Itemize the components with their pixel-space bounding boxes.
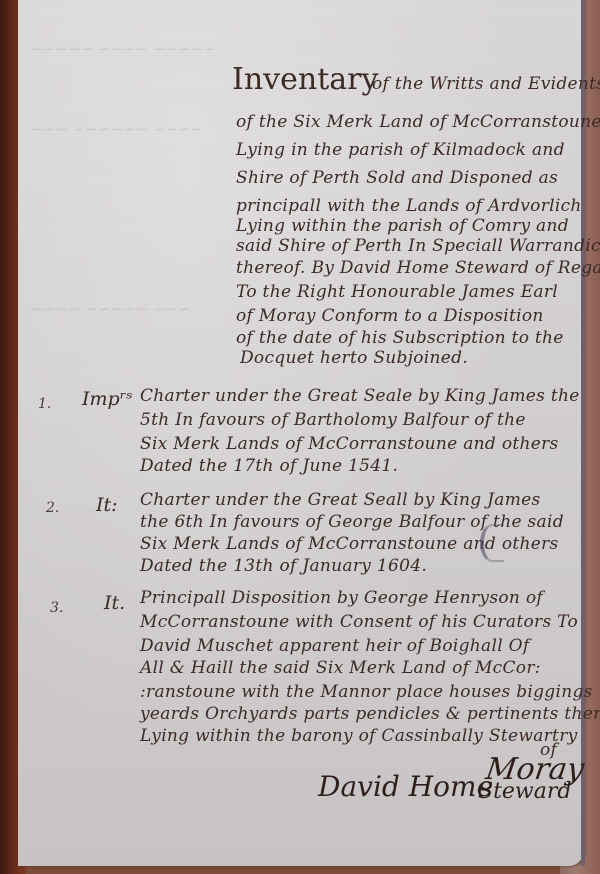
- item-line: yeards Orchyards parts pendicles & perti…: [140, 704, 600, 724]
- heading-line: Docquet herto Subjoined.: [240, 348, 468, 368]
- item-mark: Impʳˢ: [82, 388, 133, 410]
- item-line: Principall Disposition by George Henryso…: [140, 588, 543, 608]
- heading-line: said Shire of Perth In Speciall Warrandi…: [236, 236, 600, 256]
- item-line: All & Haill the said Six Merk Land of Mc…: [140, 658, 541, 678]
- bleed-through-mark: ~~~~ ~~~~~~ ~~~: [30, 120, 203, 138]
- bleed-through-mark: ~~~~~ ~~~~ ~~~~~: [30, 40, 216, 58]
- heading-line: of the Six Merk Land of McCorranstoune: [236, 112, 600, 132]
- heading-line: of the Writts and Evidents: [372, 74, 600, 94]
- item-line: Charter under the Great Seale by King Ja…: [140, 386, 580, 406]
- item-number: 1.: [38, 396, 51, 412]
- document-title: Inventary: [232, 62, 378, 97]
- heading-line: Lying within the parish of Comry and: [236, 216, 569, 236]
- item-mark: It:: [96, 494, 118, 516]
- signature-name: David Home: [318, 770, 493, 803]
- item-mark: It.: [104, 592, 125, 614]
- item-line: Dated the 13th of January 1604.: [140, 556, 427, 576]
- archive-stamp: [480, 524, 504, 562]
- heading-line: thereof. By David Home Steward of Regaly: [236, 258, 600, 278]
- bleed-through-mark: ~~~ ~~~~~ ~~~~: [30, 300, 190, 318]
- item-line: Dated the 17th of June 1541.: [140, 456, 398, 476]
- heading-line: Lying in the parish of Kilmadock and: [236, 140, 565, 160]
- heading-line: principall with the Lands of Ardvorlich: [236, 196, 582, 216]
- item-line: David Muschet apparent heir of Boighall …: [140, 636, 530, 656]
- item-line: 5th In favours of Bartholomy Balfour of …: [140, 410, 526, 430]
- item-line: Charter under the Great Seall by King Ja…: [140, 490, 541, 510]
- item-line: :ranstoune with the Mannor place houses …: [140, 682, 593, 702]
- item-number: 3.: [50, 600, 63, 616]
- heading-line: Shire of Perth Sold and Disponed as: [236, 168, 558, 188]
- heading-line: To the Right Honourable James Earl: [236, 282, 558, 302]
- heading-line: of the date of his Subscription to the: [236, 328, 564, 348]
- item-number: 2.: [46, 500, 59, 516]
- signature-title: Steward: [478, 779, 571, 804]
- item-line: Lying within the barony of Cassinbally S…: [140, 726, 578, 746]
- item-line: Six Merk Lands of McCorranstoune and oth…: [140, 434, 559, 454]
- item-line: McCorranstoune with Consent of his Curat…: [140, 612, 578, 632]
- heading-line: of Moray Conform to a Disposition: [236, 306, 544, 326]
